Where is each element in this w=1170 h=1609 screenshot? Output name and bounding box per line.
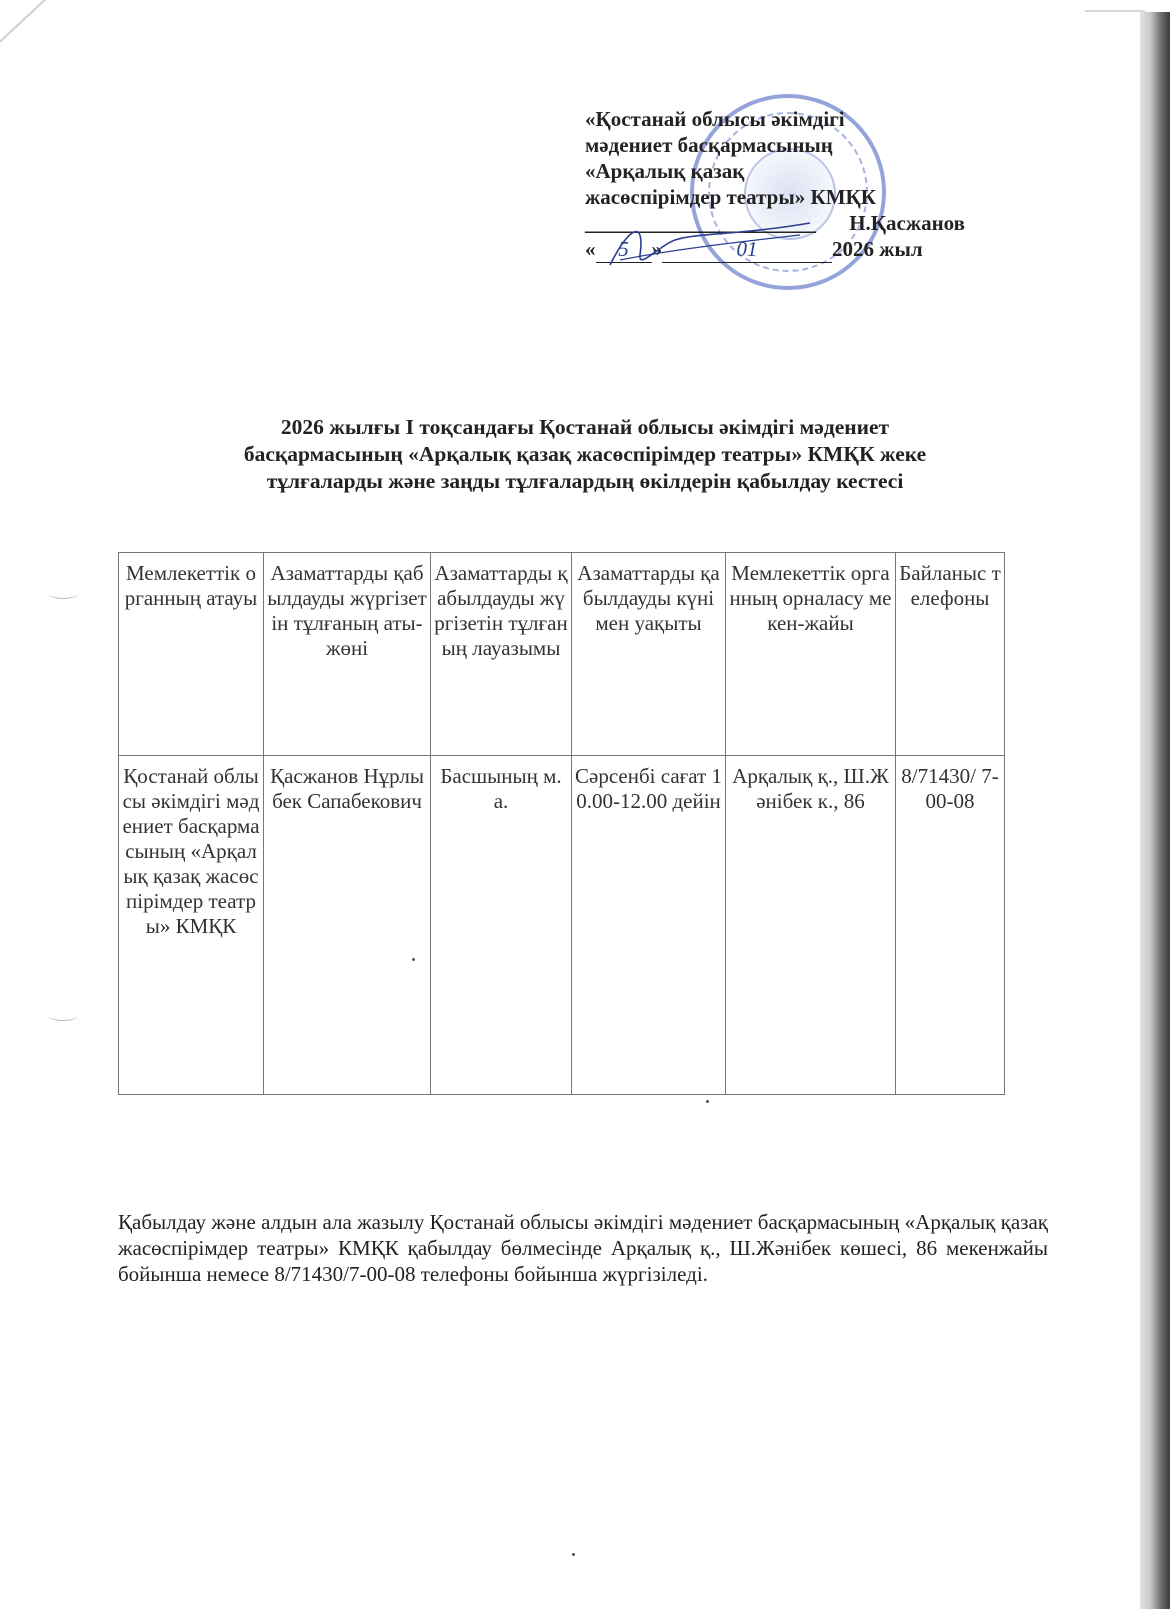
document-title: 2026 жылғы I тоқсандағы Қостанай облысы … [120, 414, 1050, 495]
column-header: Азаматтарды қабылдауды күні мен уақыты [572, 553, 726, 756]
approval-line: «Қостанай облысы әкімдігі [585, 106, 965, 132]
scan-edge-shadow [1140, 12, 1170, 1609]
punch-hole-mark [48, 588, 78, 599]
signature-underline: ______________________ [585, 210, 816, 236]
signatory-name: Н.Қасжанов [849, 210, 965, 236]
date-day: 5 [596, 236, 652, 263]
date-year: 2026 жыл [832, 237, 923, 261]
paper-fold-mark [0, 0, 86, 52]
punch-hole-mark [48, 1010, 78, 1021]
approval-line: «Арқалық қазақ [585, 158, 965, 184]
cell-address: Арқалық қ., Ш.Жәнібек к., 86 [726, 756, 896, 1095]
title-line: басқармасының «Арқалық қазақ жасөспірімд… [120, 441, 1050, 468]
date-open-quote: « [585, 237, 596, 261]
column-header: Мемлекеттік органның атауы [119, 553, 264, 756]
scan-edge-top [1085, 10, 1145, 12]
cell-position: Басшының м.а. [431, 756, 572, 1095]
scan-speck [572, 1553, 575, 1556]
column-header: Мемлекеттік органның орналасу мекен-жайы [726, 553, 896, 756]
reception-note: Қабылдау және алдын ала жазылу Қостанай … [118, 1209, 1048, 1287]
title-line: тұлғаларды және заңды тұлғалардың өкілде… [120, 468, 1050, 495]
signature-line: ______________________ Н.Қасжанов [585, 210, 965, 236]
cell-person-name: Қасжанов Нұрлыбек Сапабекович [264, 756, 431, 1095]
scan-speck [706, 1100, 709, 1103]
table-row: Қостанай облысы әкімдігі мәдениет басқар… [119, 756, 1141, 1095]
approval-line: мәдениет басқармасының [585, 132, 965, 158]
approval-date: «5»012026 жыл [585, 236, 965, 263]
reception-schedule-table: Мемлекеттік органның атауы Азаматтарды қ… [118, 552, 1141, 1095]
date-close-quote: » [652, 237, 663, 261]
cell-phone: 8/71430/ 7-00-08 [896, 756, 1005, 1095]
column-header: Азаматтарды қабылдауды жүргізетін тұлған… [264, 553, 431, 756]
date-month: 01 [662, 236, 832, 263]
approval-line: жасөспірімдер театры» КМҚК [585, 184, 965, 210]
column-header: Азаматтарды қабылдауды жүргізетін тұлған… [431, 553, 572, 756]
cell-organization: Қостанай облысы әкімдігі мәдениет басқар… [119, 756, 264, 1095]
title-line: 2026 жылғы I тоқсандағы Қостанай облысы … [120, 414, 1050, 441]
empty-column [1005, 553, 1141, 756]
column-header: Байланыс телефоны [896, 553, 1005, 756]
approval-block: «Қостанай облысы әкімдігі мәдениет басқа… [585, 106, 965, 263]
table-header-row: Мемлекеттік органның атауы Азаматтарды қ… [119, 553, 1141, 756]
scan-speck [412, 958, 415, 961]
empty-column [1005, 756, 1141, 1095]
cell-day-time: Сәрсенбі сағат 10.00-12.00 дейін [572, 756, 726, 1095]
